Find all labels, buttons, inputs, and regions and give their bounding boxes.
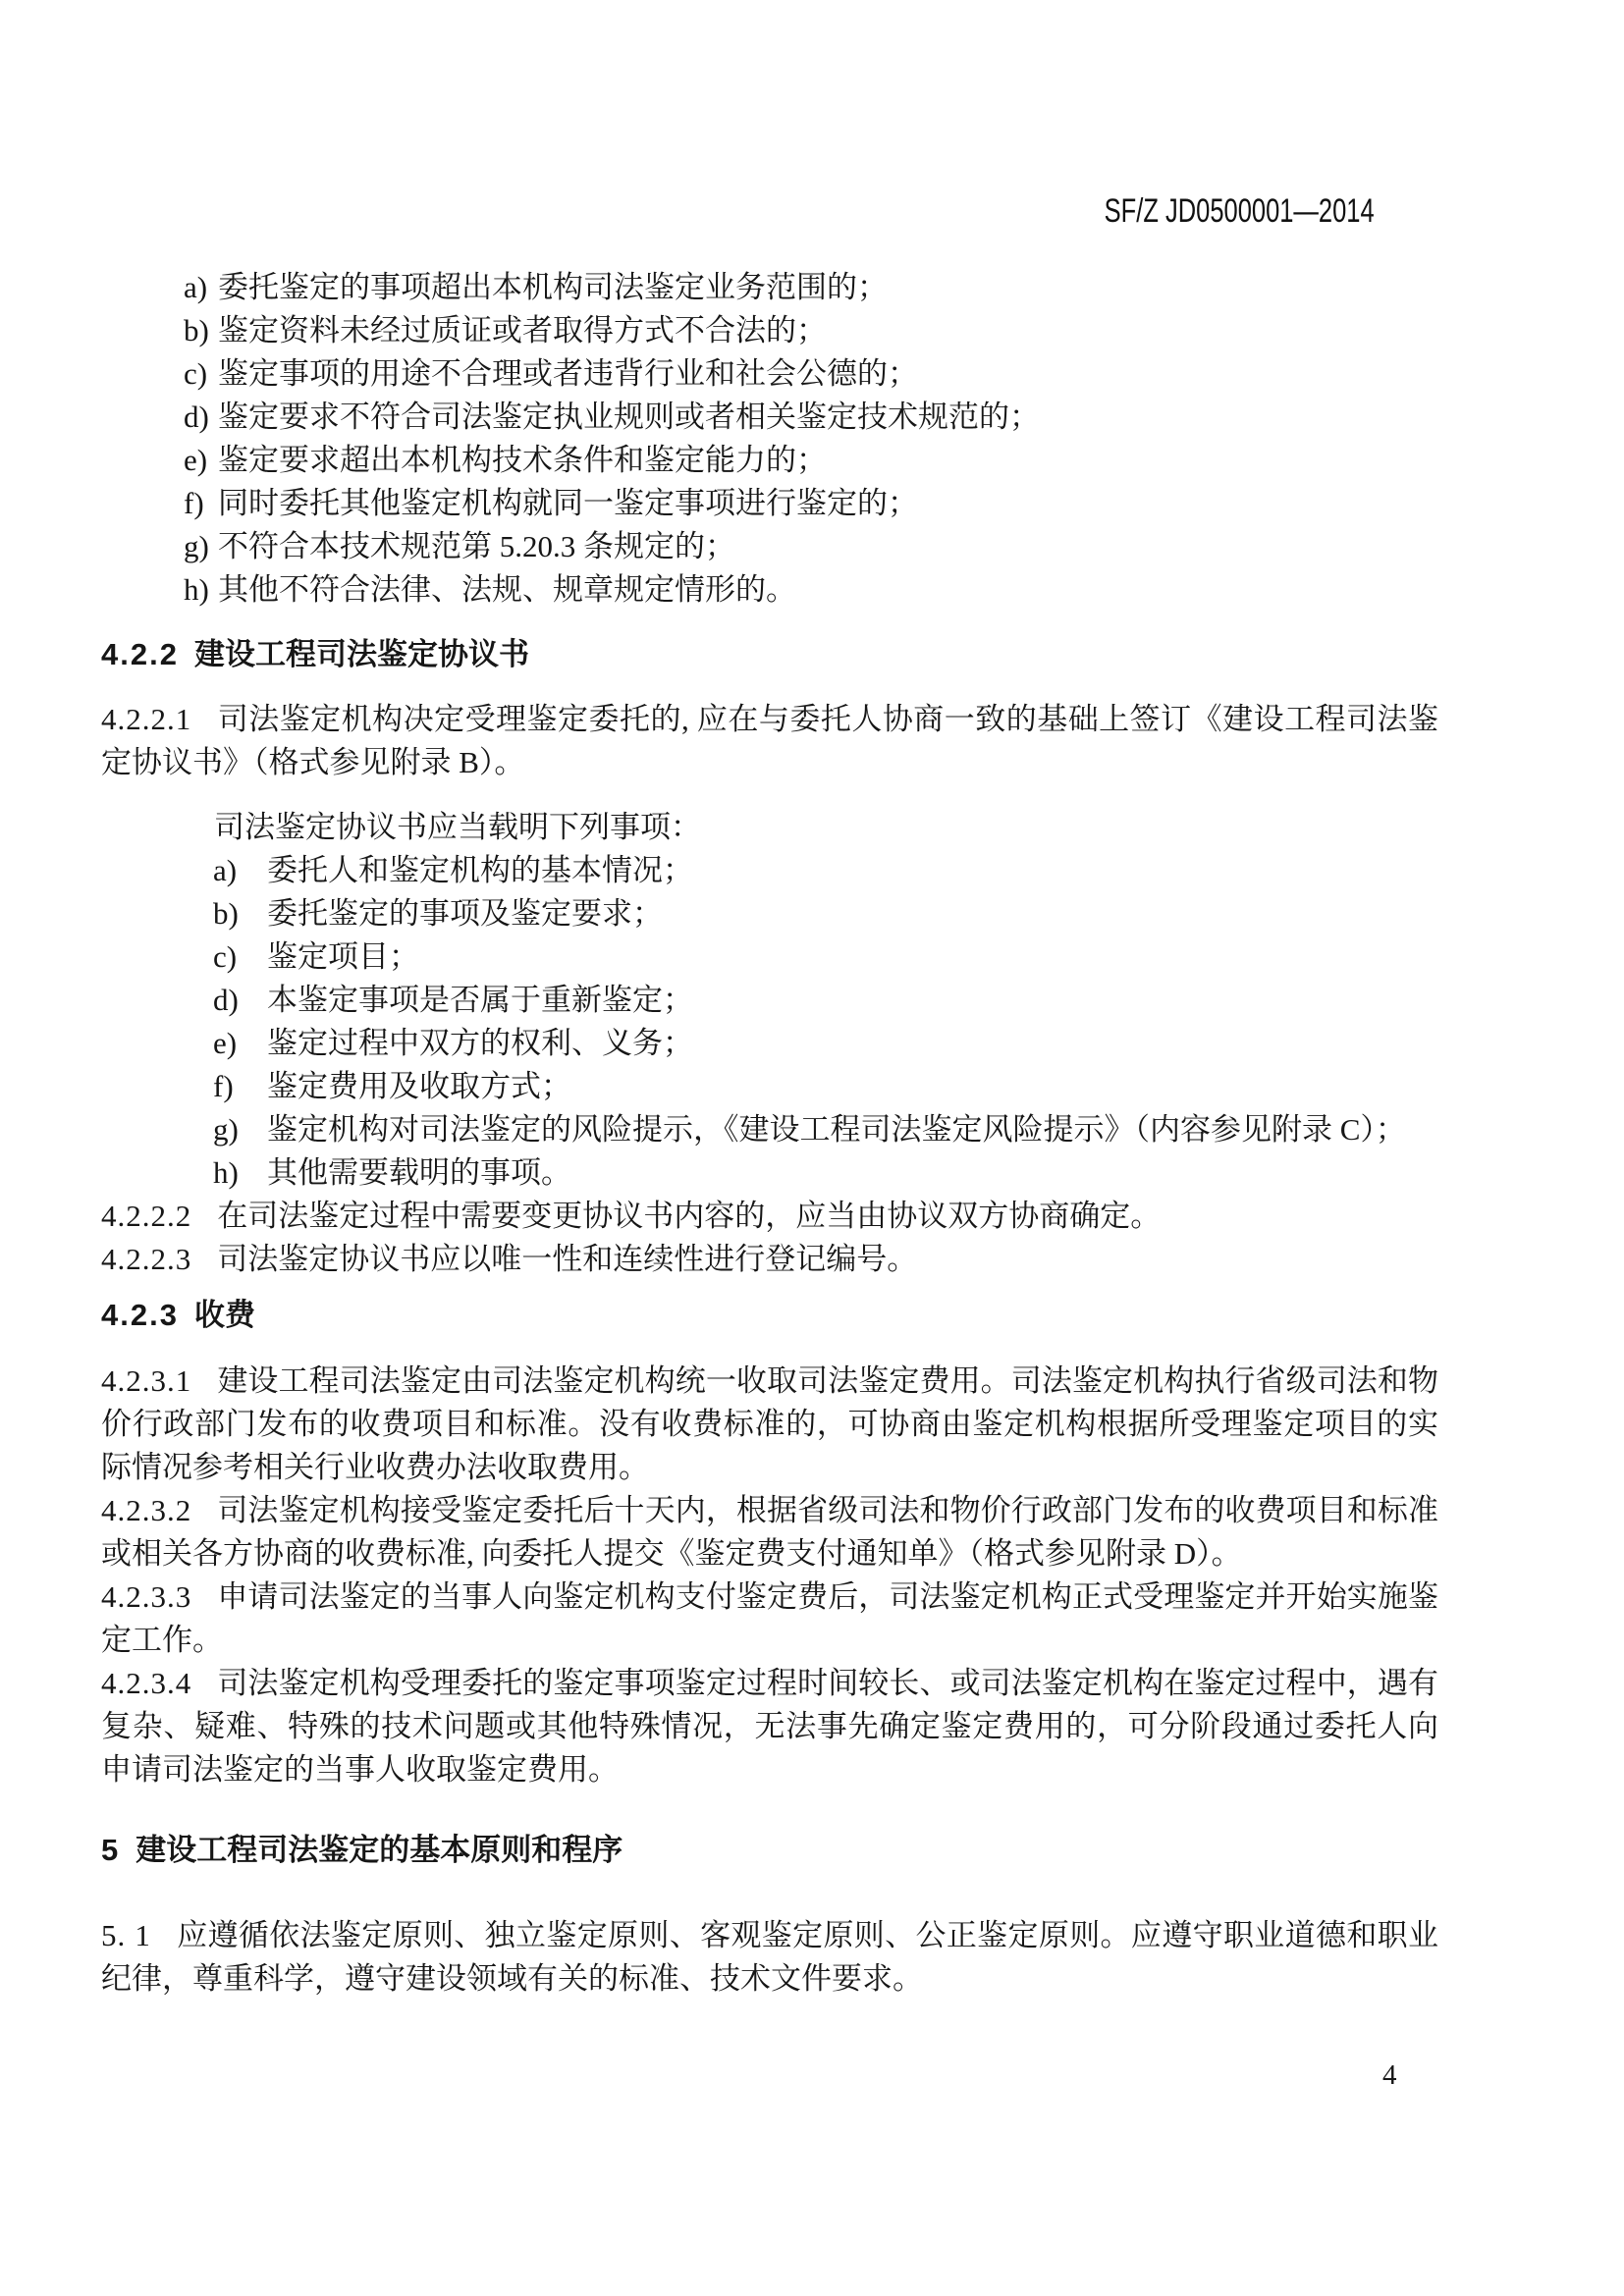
list-item: b)鉴定资料未经过质证或者取得方式不合法的； — [184, 309, 1438, 352]
list-item: h)其他需要载明的事项。 — [213, 1151, 1438, 1195]
list-item: e)鉴定过程中双方的权利、义务； — [213, 1022, 1438, 1065]
agreement-items-intro: 司法鉴定协议书应当载明下列事项： — [214, 806, 1438, 849]
paragraph-4-2-2-2: 4.2.2.2在司法鉴定过程中需要变更协议书内容的，应当由协议双方协商确定。 — [101, 1195, 1438, 1238]
clause-text: 司法鉴定机构受理委托的鉴定事项鉴定过程时间较长、或司法鉴定机构在鉴定过程中，遇有… — [101, 1666, 1438, 1787]
clause-text: 应遵循依法鉴定原则、独立鉴定原则、客观鉴定原则、公正鉴定原则。应遵守职业道德和职… — [101, 1918, 1438, 1996]
section-title: 建设工程司法鉴定协议书 — [194, 637, 529, 671]
item-label: b) — [184, 309, 218, 352]
clause-number: 4.2.2.1 — [101, 702, 191, 736]
item-label: c) — [213, 935, 267, 979]
section-heading-4-2-3: 4.2.3收费 — [101, 1294, 1438, 1337]
item-text: 鉴定项目； — [267, 939, 419, 974]
clause-text: 在司法鉴定过程中需要变更协议书内容的，应当由协议双方协商确定。 — [217, 1199, 1161, 1233]
clause-number: 5. 1 — [101, 1918, 151, 1952]
item-label: h) — [184, 568, 218, 612]
clause-number: 4.2.3.2 — [101, 1493, 191, 1527]
document-page: SF/Z JD0500001—2014 a)委托鉴定的事项超出本机构司法鉴定业务… — [0, 0, 1624, 2296]
paragraph-4-2-2-3: 4.2.2.3司法鉴定协议书应以唯一性和连续性进行登记编号。 — [101, 1238, 1438, 1281]
clause-text: 申请司法鉴定的当事人向鉴定机构支付鉴定费后，司法鉴定机构正式受理鉴定并开始实施鉴… — [101, 1579, 1438, 1657]
list-item: f)同时委托其他鉴定机构就同一鉴定事项进行鉴定的； — [184, 482, 1438, 525]
list-item: a)委托鉴定的事项超出本机构司法鉴定业务范围的； — [184, 266, 1438, 309]
clause-number: 4.2.2.2 — [101, 1199, 191, 1233]
clause-text: 司法鉴定协议书应以唯一性和连续性进行登记编号。 — [217, 1242, 917, 1276]
item-label: c) — [184, 352, 218, 396]
list-item: c)鉴定事项的用途不合理或者违背行业和社会公德的； — [184, 352, 1438, 396]
section-number: 5 — [101, 1833, 120, 1867]
paragraph-4-2-3-3: 4.2.3.3申请司法鉴定的当事人向鉴定机构支付鉴定费后，司法鉴定机构正式受理鉴… — [101, 1575, 1438, 1662]
page-content: a)委托鉴定的事项超出本机构司法鉴定业务范围的； b)鉴定资料未经过质证或者取得… — [101, 266, 1438, 2001]
standard-code: SF/Z JD0500001—2014 — [1105, 192, 1375, 231]
section-heading-5: 5建设工程司法鉴定的基本原则和程序 — [101, 1829, 1438, 1872]
item-label: e) — [184, 439, 218, 482]
rejection-condition-list: a)委托鉴定的事项超出本机构司法鉴定业务范围的； b)鉴定资料未经过质证或者取得… — [184, 266, 1438, 612]
clause-text: 建设工程司法鉴定由司法鉴定机构统一收取司法鉴定费用。司法鉴定机构执行省级司法和物… — [101, 1363, 1438, 1484]
item-text: 鉴定机构对司法鉴定的风险提示，《建设工程司法鉴定风险提示》（内容参见附录 C）； — [267, 1112, 1406, 1147]
section-title: 建设工程司法鉴定的基本原则和程序 — [135, 1833, 623, 1867]
item-text: 其他需要载明的事项。 — [267, 1155, 571, 1190]
page-number: 4 — [1382, 2059, 1397, 2092]
item-label: d) — [213, 979, 267, 1022]
item-label: h) — [213, 1151, 267, 1195]
item-text: 鉴定过程中双方的权利、义务； — [267, 1026, 693, 1060]
list-item: d)鉴定要求不符合司法鉴定执业规则或者相关鉴定技术规范的； — [184, 396, 1438, 439]
item-label: d) — [184, 396, 218, 439]
item-text: 委托鉴定的事项超出本机构司法鉴定业务范围的； — [218, 270, 888, 304]
list-item: a)委托人和鉴定机构的基本情况； — [213, 849, 1438, 892]
item-label: b) — [213, 892, 267, 935]
section-title: 收费 — [194, 1298, 255, 1332]
paragraph-5-1: 5. 1应遵循依法鉴定原则、独立鉴定原则、客观鉴定原则、公正鉴定原则。应遵守职业… — [101, 1914, 1438, 2001]
item-text: 鉴定要求超出本机构技术条件和鉴定能力的； — [218, 443, 827, 477]
item-text: 鉴定资料未经过质证或者取得方式不合法的； — [218, 313, 827, 347]
paragraph-4-2-2-1: 4.2.2.1司法鉴定机构决定受理鉴定委托的, 应在与委托人协商一致的基础上签订… — [101, 698, 1438, 784]
item-label: g) — [184, 525, 218, 568]
item-text: 不符合本技术规范第 5.20.3 条规定的； — [218, 529, 735, 563]
item-text: 同时委托其他鉴定机构就同一鉴定事项进行鉴定的； — [218, 486, 918, 520]
list-item: e)鉴定要求超出本机构技术条件和鉴定能力的； — [184, 439, 1438, 482]
list-item: g)不符合本技术规范第 5.20.3 条规定的； — [184, 525, 1438, 568]
item-text: 鉴定要求不符合司法鉴定执业规则或者相关鉴定技术规范的； — [218, 400, 1040, 434]
section-number: 4.2.2 — [101, 637, 179, 671]
list-item: h)其他不符合法律、法规、规章规定情形的。 — [184, 568, 1438, 612]
item-label: g) — [213, 1108, 267, 1151]
clause-text: 司法鉴定机构接受鉴定委托后十天内，根据省级司法和物价行政部门发布的收费项目和标准… — [101, 1493, 1438, 1571]
section-number: 4.2.3 — [101, 1298, 179, 1332]
list-item: g)鉴定机构对司法鉴定的风险提示，《建设工程司法鉴定风险提示》（内容参见附录 C… — [213, 1108, 1438, 1151]
list-item: c)鉴定项目； — [213, 935, 1438, 979]
paragraph-4-2-3-1: 4.2.3.1建设工程司法鉴定由司法鉴定机构统一收取司法鉴定费用。司法鉴定机构执… — [101, 1360, 1438, 1489]
item-text: 其他不符合法律、法规、规章规定情形的。 — [218, 572, 796, 607]
item-label: a) — [184, 266, 218, 309]
item-label: e) — [213, 1022, 267, 1065]
item-label: f) — [184, 482, 218, 525]
item-text: 鉴定费用及收取方式； — [267, 1069, 571, 1103]
item-text: 鉴定事项的用途不合理或者违背行业和社会公德的； — [218, 356, 918, 391]
section-heading-4-2-2: 4.2.2建设工程司法鉴定协议书 — [101, 633, 1438, 676]
clause-number: 4.2.3.4 — [101, 1666, 191, 1700]
clause-text: 司法鉴定机构决定受理鉴定委托的, 应在与委托人协商一致的基础上签订《建设工程司法… — [101, 702, 1438, 779]
agreement-item-list: a)委托人和鉴定机构的基本情况； b)委托鉴定的事项及鉴定要求； c)鉴定项目；… — [213, 849, 1438, 1195]
list-item: d)本鉴定事项是否属于重新鉴定； — [213, 979, 1438, 1022]
paragraph-4-2-3-2: 4.2.3.2司法鉴定机构接受鉴定委托后十天内，根据省级司法和物价行政部门发布的… — [101, 1489, 1438, 1575]
paragraph-4-2-3-4: 4.2.3.4司法鉴定机构受理委托的鉴定事项鉴定过程时间较长、或司法鉴定机构在鉴… — [101, 1662, 1438, 1791]
item-label: f) — [213, 1065, 267, 1108]
item-text: 委托人和鉴定机构的基本情况； — [267, 853, 693, 887]
clause-number: 4.2.2.3 — [101, 1242, 191, 1276]
list-item: f)鉴定费用及收取方式； — [213, 1065, 1438, 1108]
list-item: b)委托鉴定的事项及鉴定要求； — [213, 892, 1438, 935]
clause-number: 4.2.3.1 — [101, 1363, 191, 1398]
clause-number: 4.2.3.3 — [101, 1579, 191, 1614]
item-label: a) — [213, 849, 267, 892]
item-text: 本鉴定事项是否属于重新鉴定； — [267, 983, 693, 1017]
item-text: 委托鉴定的事项及鉴定要求； — [267, 896, 663, 931]
